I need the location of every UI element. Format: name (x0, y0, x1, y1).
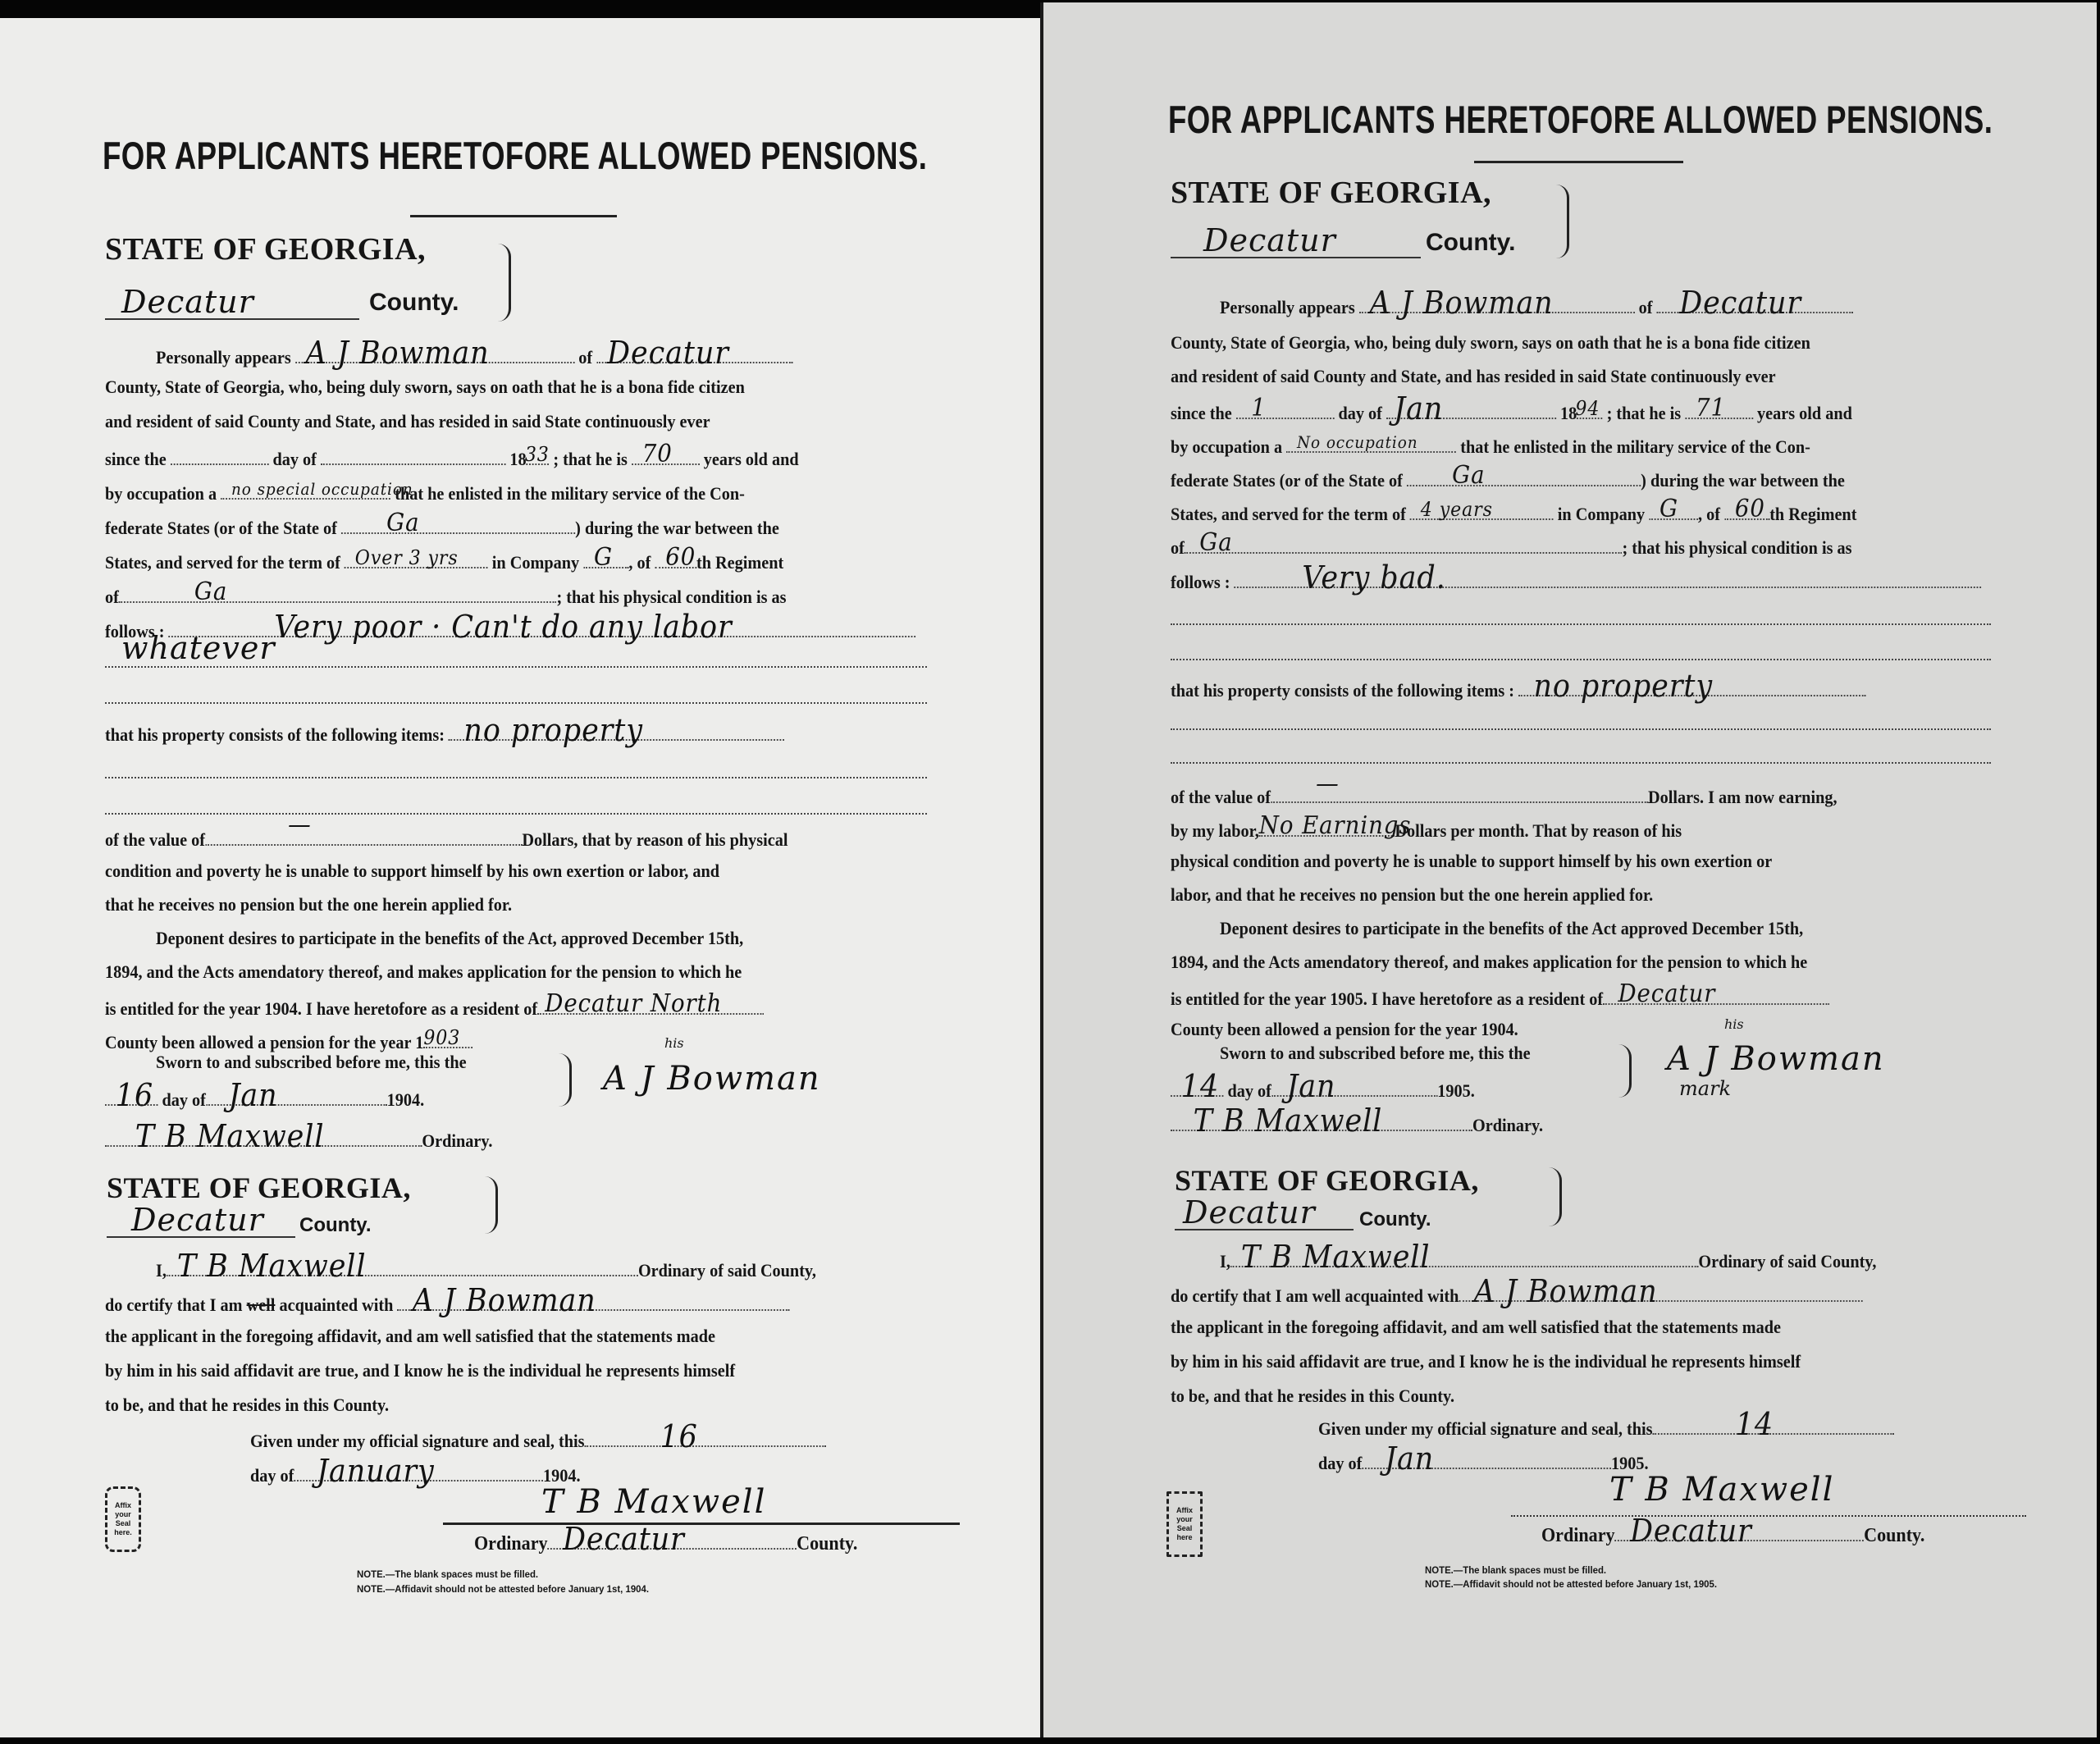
applicant-name-field[interactable]: A J Bowman (1359, 294, 1635, 313)
value-of-label: of the value of (1171, 787, 1271, 807)
year-prefix: 18 (1560, 403, 1577, 423)
given-line: Given under my official signature and se… (250, 1427, 826, 1452)
cert-ordinary-hw: T B Maxwell (177, 1255, 367, 1276)
final-signature-field[interactable]: T B Maxwell (1511, 1471, 2026, 1517)
county-field[interactable]: Decatur (1171, 232, 1421, 258)
th-regiment-label: th Regiment (1769, 504, 1856, 524)
regiment-state-hw: Ga (194, 582, 227, 603)
p2-line4: labor, and that he receives no pension b… (1171, 884, 1653, 906)
sworn-month-hw: Jan (1286, 1075, 1335, 1097)
note-1: NOTE.—The blank spaces must be filled. (357, 1568, 538, 1580)
sworn-day-field[interactable]: 14 (1171, 1077, 1223, 1097)
p3-line4: County been allowed a pension for the ye… (1171, 1019, 1518, 1040)
property-field-3[interactable] (1171, 762, 1991, 764)
ordinary-signature-field[interactable]: T B Maxwell (1171, 1112, 1472, 1131)
ordinary-line: T B MaxwellOrdinary. (105, 1127, 492, 1152)
regiment-state-hw: Ga (1199, 532, 1232, 554)
personally-appears-line: Personally appears A J Bowman of Decatur (156, 344, 792, 368)
condition-field-2[interactable]: whatever (105, 666, 927, 668)
regiment-field[interactable]: 60 (1724, 500, 1769, 520)
final-signature-field[interactable]: T B Maxwell (443, 1486, 960, 1525)
county-handwritten: Decatur (121, 284, 254, 320)
sworn-month-field[interactable]: Jan (1271, 1077, 1437, 1097)
p3-line3-text: is entitled for the year 1905. I have he… (1171, 988, 1603, 1009)
follows-line: follows : Very bad. (1171, 568, 1981, 593)
cert-state-header: STATE OF GEORGIA, (1175, 1163, 1479, 1198)
personally-appears-label: Personally appears (156, 347, 291, 368)
value-line: of the value of—Dollars, that by reason … (105, 826, 787, 851)
term-line: States, and served for the term of Over … (105, 549, 783, 573)
cert-line2-a: do certify that I am well acquainted wit… (1171, 1285, 1459, 1306)
of-label: of (578, 347, 592, 368)
enlisted-text: that he enlisted in the military service… (395, 483, 745, 504)
of-county-hw: Decatur (1679, 292, 1801, 313)
county-label: County. (1426, 229, 1515, 257)
given-day-of-label: day of (1318, 1453, 1362, 1473)
property-field-3[interactable] (105, 813, 927, 815)
since-year-field[interactable]: 33 (527, 445, 550, 465)
th-regiment-label: th Regiment (696, 552, 783, 573)
occupation-hw: No occupation (1297, 431, 1417, 453)
physical-condition-label: ; that his physical condition is as (556, 587, 786, 607)
final-ordinary-line: OrdinaryDecaturCounty. (1541, 1522, 1924, 1546)
condition-hw-1: Very poor · Can't do any labor (274, 616, 732, 637)
cert-ordinary-of: Ordinary of said County, (1698, 1251, 1876, 1271)
p3-line3: is entitled for the year 1904. I have he… (105, 995, 764, 1020)
value-line: of the value of—Dollars. I am now earnin… (1171, 783, 1837, 808)
sworn-brace (1618, 1044, 1632, 1098)
cert-line3: the applicant in the foregoing affidavit… (105, 1326, 715, 1347)
title-rule (410, 215, 617, 217)
states-served-text: States, and served for the term of (105, 552, 340, 573)
sworn-day-hw: 16 (116, 1084, 153, 1106)
cert-struck-word: well (247, 1294, 276, 1315)
prior-county-hw: Decatur (1618, 984, 1716, 1005)
given-day-field[interactable]: 16 (584, 1427, 825, 1447)
note-2: NOTE.—Affidavit should not be attested b… (1425, 1578, 1717, 1590)
p3-line3: is entitled for the year 1905. I have he… (1171, 985, 1829, 1010)
condition-hw-1: Very bad. (1302, 567, 1445, 588)
of-county-hw: Decatur (607, 342, 729, 363)
given-day-field[interactable]: 14 (1652, 1415, 1893, 1435)
cert-applicant-field[interactable]: A J Bowman (397, 1291, 789, 1311)
applicant-signature: A J Bowman (1667, 1040, 1885, 1078)
by-my-labor-label: by my labor, (1171, 820, 1259, 841)
occupation-hw: no special occupation (231, 478, 413, 500)
since-the-label: since the (1171, 403, 1232, 423)
sworn-line: Sworn to and subscribed before me, this … (1220, 1043, 1531, 1064)
age-field[interactable]: 70 (632, 445, 700, 465)
by-occupation-label: by occupation a (1171, 436, 1282, 457)
federate-text: federate States (or of the State of (1171, 470, 1403, 491)
sworn-year: 1905. (1437, 1080, 1475, 1101)
property-field-2[interactable] (105, 777, 927, 778)
prior-year-field[interactable]: 903 (423, 1029, 472, 1048)
county-field[interactable]: Decatur (105, 289, 359, 320)
given-day-hw: 14 (1736, 1413, 1774, 1435)
given-month-hw: Jan (1385, 1448, 1434, 1469)
in-company-label: in Company (492, 552, 579, 573)
since-month-field[interactable] (321, 445, 505, 465)
per-month-text: Dollars per month. That by reason of his (1395, 820, 1682, 841)
final-county-field[interactable]: Decatur (548, 1530, 797, 1550)
given-line: Given under my official signature and se… (1318, 1415, 1894, 1440)
note-2: NOTE.—Affidavit should not be attested b… (357, 1583, 649, 1595)
final-ordinary-label: Ordinary (1541, 1525, 1615, 1546)
brace (492, 244, 511, 322)
physical-condition-label: ; that his physical condition is as (1622, 537, 1851, 558)
occupation-field[interactable]: No occupation (1286, 433, 1456, 453)
property-label: that his property consists of the follow… (1171, 680, 1514, 701)
regiment-state-line: ofGa; that his physical condition is as (1171, 534, 1852, 559)
p1-line1: County, State of Georgia, who, being dul… (1171, 332, 1810, 354)
cert-ordinary-of: Ordinary of said County, (638, 1260, 816, 1281)
p2-line3: that he receives no pension but the one … (105, 894, 512, 915)
p2-line2: condition and poverty he is unable to su… (105, 861, 719, 882)
enlisted-text: that he enlisted in the military service… (1460, 436, 1810, 457)
seal-box: Affix your Seal here (1166, 1491, 1203, 1557)
cert-county-field[interactable]: Decatur (1175, 1204, 1354, 1230)
cert-i-label: I, (1220, 1251, 1230, 1271)
given-day-of-label: day of (250, 1465, 294, 1486)
age-hw: 70 (642, 444, 673, 465)
states-served-text: States, and served for the term of (1171, 504, 1406, 524)
day-of-label: day of (1338, 403, 1381, 423)
seal-text: Affix your Seal here. (107, 1501, 139, 1537)
final-county-field[interactable]: Decatur (1615, 1522, 1865, 1541)
since-the-label: since the (105, 449, 167, 469)
age-field[interactable]: 71 (1685, 399, 1753, 419)
property-hw: no property (463, 719, 643, 741)
regiment-hw: 60 (1735, 499, 1765, 520)
cert-county-label: County. (299, 1214, 372, 1237)
state-header: STATE OF GEORGIA, (105, 231, 426, 267)
that-he-is-label: ; that he is (553, 449, 628, 469)
property-label: that his property consists of the follow… (105, 724, 445, 745)
dollars-text: Dollars. I am now earning, (1648, 787, 1837, 807)
earnings-field[interactable]: No Earnings (1259, 817, 1395, 837)
p3-line2: 1894, and the Acts amendatory thereof, a… (105, 961, 742, 983)
condition-field[interactable]: Very poor · Can't do any labor (169, 618, 916, 637)
term-field[interactable]: 4 years (1410, 500, 1554, 520)
p3-line3-text: is entitled for the year 1904. I have he… (105, 998, 537, 1019)
applicant-name-hw: A J Bowman (1370, 292, 1554, 313)
final-signature-hw: T B Maxwell (541, 1483, 766, 1521)
since-month-hw: Jan (1394, 398, 1443, 419)
county-handwritten: Decatur (1203, 222, 1336, 258)
of-county-field[interactable]: Decatur (596, 344, 792, 363)
condition-field[interactable]: Very bad. (1235, 568, 1982, 588)
during-war-text: ) during the war between the (575, 518, 779, 538)
note-1: NOTE.—The blank spaces must be filled. (1425, 1564, 1606, 1576)
final-ordinary-line: OrdinaryDecaturCounty. (474, 1530, 857, 1555)
earnings-line: by my labor,No EarningsDollars per month… (1171, 817, 1682, 842)
cert-i-label: I, (156, 1260, 167, 1281)
title-rule (1474, 161, 1683, 163)
condition-field-3[interactable] (105, 702, 927, 704)
given-date-line: day ofJanuary1904. (250, 1462, 581, 1486)
given-month-field[interactable]: January (294, 1462, 543, 1481)
sworn-day-field[interactable]: 16 (105, 1086, 157, 1106)
given-month-field[interactable]: Jan (1362, 1450, 1611, 1469)
cert-line2: do certify that I am well acquainted wit… (1171, 1282, 1863, 1307)
cert-line3: the applicant in the foregoing affidavit… (1171, 1317, 1781, 1338)
occupation-line: by occupation a no special occupation th… (105, 480, 745, 504)
cert-line2-b: acquainted with (279, 1294, 393, 1315)
years-old-label: years old and (1757, 403, 1852, 423)
cert-line5: to be, and that he resides in this Count… (1171, 1386, 1454, 1407)
company-field[interactable]: G (583, 549, 628, 568)
cert-line1: I,T B MaxwellOrdinary of said County, (156, 1257, 816, 1281)
final-county-label: County. (1864, 1525, 1924, 1546)
term-line: States, and served for the term of 4 yea… (1171, 500, 1856, 525)
cert-brace (484, 1176, 498, 1234)
ordinary-signature-hw: T B Maxwell (1194, 1110, 1383, 1131)
earnings-hw: No Earnings (1259, 815, 1412, 837)
p1-line2: and resident of said County and State, a… (1171, 366, 1776, 387)
prior-county-hw: Decatur North (545, 993, 722, 1015)
sworn-month-hw: Jan (228, 1084, 277, 1106)
cert-county-hw: Decatur (1183, 1194, 1316, 1230)
property-field[interactable]: no property (449, 721, 784, 741)
of-label-2: , of (1698, 504, 1720, 524)
seal-box: Affix your Seal here. (105, 1486, 141, 1552)
federate-line: federate States (or of the State of Ga) … (105, 514, 779, 539)
given-month-hw: January (317, 1460, 435, 1481)
regiment-state-line: ofGa; that his physical condition is as (105, 583, 787, 608)
his-mark-label: his (1724, 1016, 1744, 1032)
state-header: STATE OF GEORGIA, (1171, 175, 1491, 211)
cert-line5: to be, and that he resides in this Count… (105, 1395, 389, 1416)
of-county-field[interactable]: Decatur (1657, 294, 1853, 313)
cert-county-hw: Decatur (131, 1202, 264, 1238)
since-year-field[interactable]: 94 (1577, 399, 1602, 419)
given-day-hw: 16 (660, 1426, 697, 1447)
sworn-month-field[interactable]: Jan (206, 1086, 387, 1106)
that-he-is-label: ; that he is (1607, 403, 1682, 423)
cert-county-field[interactable]: Decatur (107, 1212, 295, 1238)
p3-line4: County been allowed a pension for the ye… (105, 1029, 472, 1053)
cert-line1: I,T B MaxwellOrdinary of said County, (1220, 1248, 1876, 1272)
federate-line: federate States (or of the State of Ga) … (1171, 467, 1845, 491)
ordinary-label: Ordinary. (1472, 1115, 1543, 1135)
occupation-line: by occupation a No occupation that he en… (1171, 433, 1810, 458)
company-hw: G (594, 547, 613, 568)
county-label: County. (369, 289, 459, 317)
follows-label: follows : (1171, 572, 1230, 592)
p1-line1: County, State of Georgia, who, being dul… (105, 377, 745, 398)
applicant-signature: A J Bowman (603, 1060, 821, 1098)
value-hw: — (1316, 774, 1340, 795)
term-field[interactable]: Over 3 yrs (345, 549, 488, 568)
sworn-day-of-label: day of (162, 1089, 205, 1110)
sworn-line: Sworn to and subscribed before me, this … (156, 1052, 467, 1073)
form-title: FOR APPLICANTS HERETOFORE ALLOWED PENSIO… (1168, 97, 1993, 142)
cert-applicant-hw: A J Bowman (1474, 1281, 1658, 1302)
dollars-text: Dollars, that by reason of his physical (522, 829, 787, 850)
day-of-label: day of (272, 449, 316, 469)
prior-year-hw: 903 (423, 1027, 460, 1048)
since-year-hw: 33 (525, 444, 550, 465)
applicant-name-hw: A J Bowman (306, 342, 490, 363)
value-hw: — (288, 815, 312, 836)
property-field-2[interactable] (1171, 728, 1991, 730)
sworn-day-hw: 14 (1181, 1075, 1219, 1097)
final-signature-hw: T B Maxwell (1609, 1471, 1834, 1509)
regiment-state-field[interactable]: Ga (119, 583, 557, 603)
sworn-day-of-label: day of (1227, 1080, 1271, 1101)
condition-hw-2: whatever (121, 630, 276, 666)
since-line: since the 1 day of Jan 1894 ; that he is… (1171, 399, 1852, 424)
since-month-field[interactable]: Jan (1386, 399, 1556, 419)
cert-ordinary-field[interactable]: T B Maxwell (1230, 1248, 1698, 1267)
state-served-hw: Ga (1452, 465, 1485, 486)
of-label-3: of (105, 587, 119, 607)
given-under-text: Given under my official signature and se… (1318, 1418, 1652, 1439)
sworn-year: 1904. (387, 1089, 425, 1110)
term-hw: Over 3 yrs (355, 547, 459, 568)
regiment-hw: 60 (665, 547, 696, 568)
since-year-hw: 94 (1575, 398, 1600, 419)
p3-line1: Deponent desires to participate in the b… (156, 928, 743, 949)
applicant-name-field[interactable]: A J Bowman (295, 344, 574, 363)
of-label: of (1639, 297, 1653, 317)
state-served-field[interactable]: Ga (1407, 467, 1641, 486)
p3-line4-text: County been allowed a pension for the ye… (105, 1032, 423, 1052)
since-day-field[interactable]: 1 (1236, 399, 1335, 419)
ordinary-line: T B MaxwellOrdinary. (1171, 1112, 1543, 1136)
condition-field-3[interactable] (1171, 659, 1991, 660)
term-hw: 4 years (1421, 499, 1493, 520)
regiment-state-field[interactable]: Ga (1185, 534, 1623, 554)
ordinary-label: Ordinary. (422, 1130, 492, 1151)
cert-state-header: STATE OF GEORGIA, (107, 1171, 411, 1205)
property-line: that his property consists of the follow… (1171, 677, 1865, 701)
age-hw: 71 (1696, 398, 1726, 419)
company-field[interactable]: G (1649, 500, 1698, 520)
cert-applicant-field[interactable]: A J Bowman (1459, 1282, 1862, 1302)
personally-appears-label: Personally appears (1220, 297, 1355, 317)
final-ordinary-label: Ordinary (474, 1533, 548, 1555)
since-day-hw: 1 (1251, 398, 1266, 419)
in-company-label: in Company (1558, 504, 1645, 524)
seal-text: Affix your Seal here (1169, 1506, 1200, 1542)
ordinary-signature-hw: T B Maxwell (135, 1125, 325, 1147)
state-served-hw: Ga (386, 513, 419, 534)
of-label-3: of (1171, 537, 1185, 558)
company-hw: G (1659, 499, 1678, 520)
sworn-date-line: 16 day ofJan1904. (105, 1086, 424, 1111)
cert-line4: by him in his said affidavit are true, a… (105, 1360, 735, 1381)
cert-line4: by him in his said affidavit are true, a… (1171, 1351, 1801, 1372)
cert-brace (1548, 1167, 1562, 1226)
cert-applicant-hw: A J Bowman (413, 1290, 596, 1311)
brace (1552, 185, 1569, 258)
p3-line1: Deponent desires to participate in the b… (1220, 918, 1803, 939)
by-occupation-label: by occupation a (105, 483, 217, 504)
p3-line2: 1894, and the Acts amendatory thereof, a… (1171, 952, 1807, 973)
cert-ordinary-hw: T B Maxwell (1241, 1246, 1431, 1267)
of-label-2: , of (628, 552, 651, 573)
sworn-brace (558, 1053, 572, 1107)
p1-line2: and resident of said County and State, a… (105, 411, 710, 432)
regiment-field[interactable]: 60 (655, 549, 696, 568)
condition-field-2[interactable] (1171, 623, 1991, 625)
final-county-label: County. (797, 1533, 857, 1555)
cert-county-label: County. (1359, 1208, 1431, 1231)
p2-line3: physical condition and poverty he is una… (1171, 851, 1772, 872)
prior-county-field[interactable]: Decatur North (537, 995, 764, 1015)
federate-text: federate States (or of the State of (105, 518, 337, 538)
value-of-label: of the value of (105, 829, 205, 850)
value-field[interactable]: — (205, 826, 522, 846)
cert-line2-a: do certify that I am (105, 1294, 243, 1315)
since-line: since the day of 1833 ; that he is 70 ye… (105, 445, 799, 470)
mark-label: mark (1679, 1077, 1731, 1100)
cert-ordinary-field[interactable]: T B Maxwell (167, 1257, 638, 1276)
during-war-text: ) during the war between the (1641, 470, 1845, 491)
property-line: that his property consists of the follow… (105, 721, 784, 746)
occupation-field[interactable]: no special occupation (221, 480, 390, 500)
right-pension-form-1905: FOR APPLICANTS HERETOFORE ALLOWED PENSIO… (1040, 2, 2097, 1737)
ordinary-signature-field[interactable]: T B Maxwell (105, 1127, 422, 1147)
property-hw: no property (1533, 675, 1713, 696)
final-county-hw: Decatur (1630, 1520, 1752, 1541)
his-mark-label: his (664, 1035, 684, 1051)
final-county-hw: Decatur (563, 1528, 685, 1550)
years-old-label: years old and (704, 449, 799, 469)
form-title: FOR APPLICANTS HERETOFORE ALLOWED PENSIO… (103, 133, 927, 178)
personally-appears-line: Personally appears A J Bowman of Decatur (1220, 294, 1853, 318)
since-day-field[interactable] (171, 445, 269, 465)
property-field[interactable]: no property (1518, 677, 1865, 696)
year-prefix: 18 (509, 449, 526, 469)
state-served-field[interactable]: Ga (341, 514, 575, 534)
sworn-date-line: 14 day ofJan1905. (1171, 1077, 1475, 1102)
given-under-text: Given under my official signature and se… (250, 1431, 584, 1451)
value-field[interactable]: — (1271, 783, 1648, 803)
cert-line2: do certify that I am well acquainted wit… (105, 1291, 790, 1316)
left-pension-form-1904: FOR APPLICANTS HERETOFORE ALLOWED PENSIO… (0, 18, 1040, 1737)
prior-county-field[interactable]: Decatur (1603, 985, 1829, 1005)
